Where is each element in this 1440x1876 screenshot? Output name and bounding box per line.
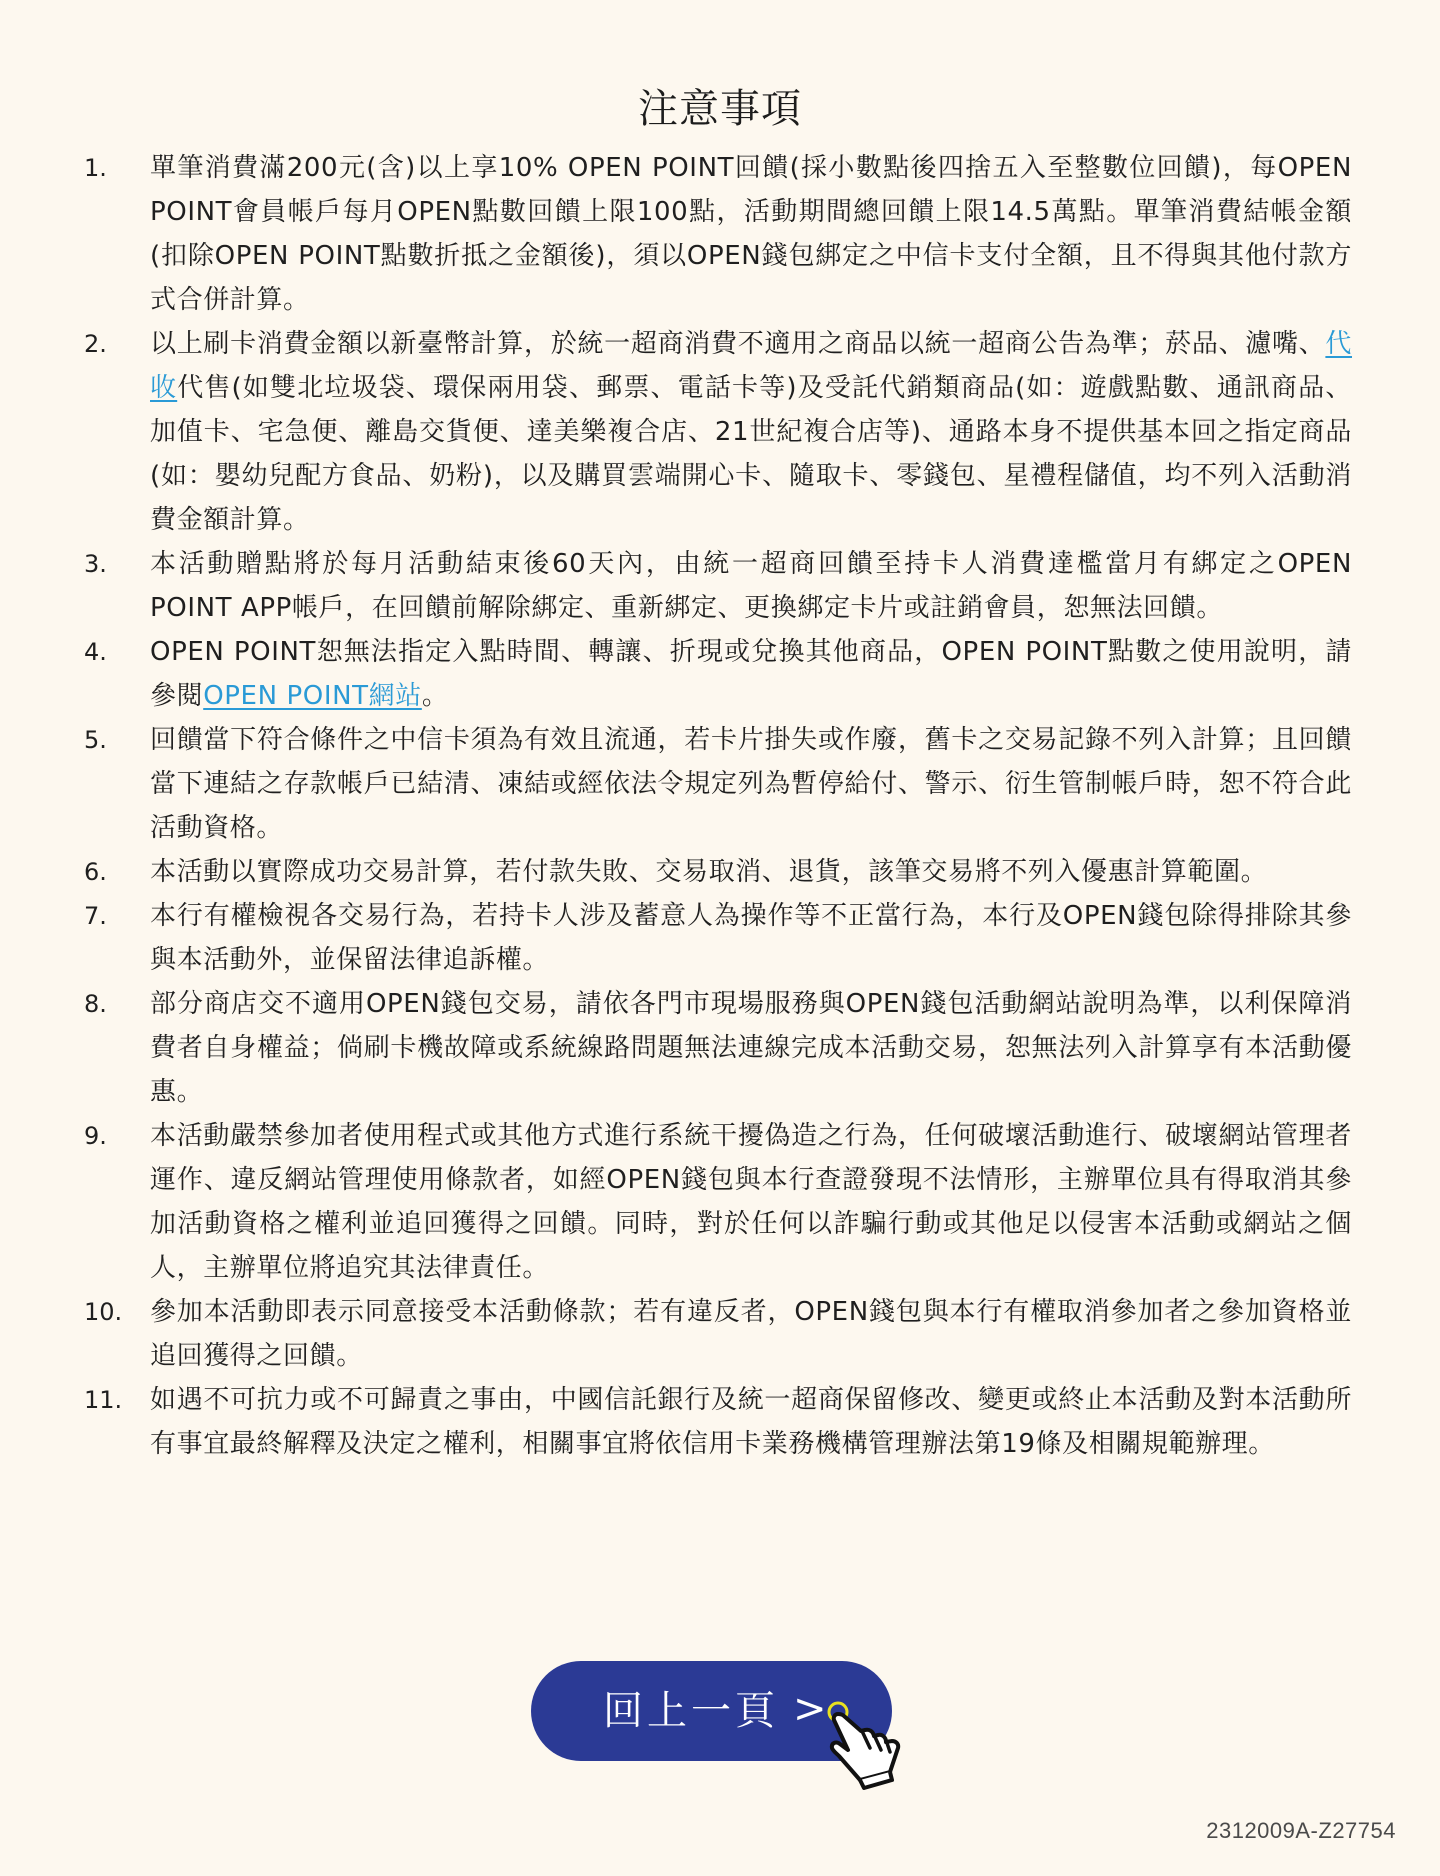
note-number: 3.: [84, 542, 150, 586]
page-title: 注意事項: [0, 77, 1440, 134]
back-button-label: 回上一頁: [603, 1683, 779, 1739]
note-number: 10.: [84, 1290, 150, 1334]
note-item-7: 7. 本行有權檢視各交易行為，若持卡人涉及蓄意人為操作等不正當行為，本行及OPE…: [84, 894, 1352, 982]
note-text: 本活動贈點將於每月活動結束後60天內，由統一超商回饋至持卡人消費達檻當月有綁定之…: [150, 542, 1352, 630]
note-text: 部分商店交不適用OPEN錢包交易，請依各門市現場服務與OPEN錢包活動網站說明為…: [150, 982, 1352, 1114]
note-number: 4.: [84, 630, 150, 674]
note-text: OPEN POINT恕無法指定入點時間、轉讓、折現或兌換其他商品，OPEN PO…: [150, 630, 1352, 718]
note-item-8: 8. 部分商店交不適用OPEN錢包交易，請依各門市現場服務與OPEN錢包活動網站…: [84, 982, 1352, 1114]
note-item-11: 11. 如遇不可抗力或不可歸責之事由，中國信託銀行及統一超商保留修改、變更或終止…: [84, 1378, 1352, 1466]
note-item-9: 9. 本活動嚴禁參加者使用程式或其他方式進行系統干擾偽造之行為，任何破壞活動進行…: [84, 1114, 1352, 1290]
chevron-right-icon: >: [793, 1681, 827, 1737]
note-text: 回饋當下符合條件之中信卡須為有效且流通，若卡片掛失或作廢，舊卡之交易記錄不列入計…: [150, 718, 1352, 850]
note-text: 本活動嚴禁參加者使用程式或其他方式進行系統干擾偽造之行為，任何破壞活動進行、破壞…: [150, 1114, 1352, 1290]
note-text: 以上刷卡消費金額以新臺幣計算，於統一超商消費不適用之商品以統一超商公告為準；菸品…: [150, 322, 1352, 542]
note-number: 6.: [84, 850, 150, 894]
document-code: 2312009A-Z27754: [1206, 1818, 1396, 1844]
note-text: 本活動以實際成功交易計算，若付款失敗、交易取消、退貨，該筆交易將不列入優惠計算範…: [150, 850, 1352, 894]
note-number: 2.: [84, 322, 150, 366]
note-text: 單筆消費滿200元(含)以上享10% OPEN POINT回饋(採小數點後四捨五…: [150, 146, 1352, 322]
pointing-hand-cursor-icon: [826, 1700, 916, 1790]
note-text-part: 以上刷卡消費金額以新臺幣計算，於統一超商消費不適用之商品以統一超商公告為準；菸品…: [150, 329, 1325, 359]
note-text-part: 代售(如雙北垃圾袋、環保兩用袋、郵票、電話卡等)及受託代銷類商品(如：遊戲點數、…: [150, 373, 1352, 535]
note-number: 7.: [84, 894, 150, 938]
note-item-4: 4. OPEN POINT恕無法指定入點時間、轉讓、折現或兌換其他商品，OPEN…: [84, 630, 1352, 718]
note-number: 11.: [84, 1378, 150, 1422]
note-number: 1.: [84, 146, 150, 190]
note-text: 本行有權檢視各交易行為，若持卡人涉及蓄意人為操作等不正當行為，本行及OPEN錢包…: [150, 894, 1352, 982]
open-point-website-link[interactable]: OPEN POINT網站: [203, 681, 422, 711]
note-item-1: 1. 單筆消費滿200元(含)以上享10% OPEN POINT回饋(採小數點後…: [84, 146, 1352, 322]
note-item-2: 2. 以上刷卡消費金額以新臺幣計算，於統一超商消費不適用之商品以統一超商公告為準…: [84, 322, 1352, 542]
note-item-10: 10. 參加本活動即表示同意接受本活動條款；若有違反者，OPEN錢包與本行有權取…: [84, 1290, 1352, 1378]
note-item-3: 3. 本活動贈點將於每月活動結束後60天內，由統一超商回饋至持卡人消費達檻當月有…: [84, 542, 1352, 630]
note-text: 參加本活動即表示同意接受本活動條款；若有違反者，OPEN錢包與本行有權取消參加者…: [150, 1290, 1352, 1378]
note-text-part: 。: [422, 681, 449, 711]
note-number: 8.: [84, 982, 150, 1026]
note-number: 5.: [84, 718, 150, 762]
notes-list: 1. 單筆消費滿200元(含)以上享10% OPEN POINT回饋(採小數點後…: [84, 146, 1352, 1466]
note-text: 如遇不可抗力或不可歸責之事由，中國信託銀行及統一超商保留修改、變更或終止本活動及…: [150, 1378, 1352, 1466]
note-item-6: 6. 本活動以實際成功交易計算，若付款失敗、交易取消、退貨，該筆交易將不列入優惠…: [84, 850, 1352, 894]
note-item-5: 5. 回饋當下符合條件之中信卡須為有效且流通，若卡片掛失或作廢，舊卡之交易記錄不…: [84, 718, 1352, 850]
note-number: 9.: [84, 1114, 150, 1158]
